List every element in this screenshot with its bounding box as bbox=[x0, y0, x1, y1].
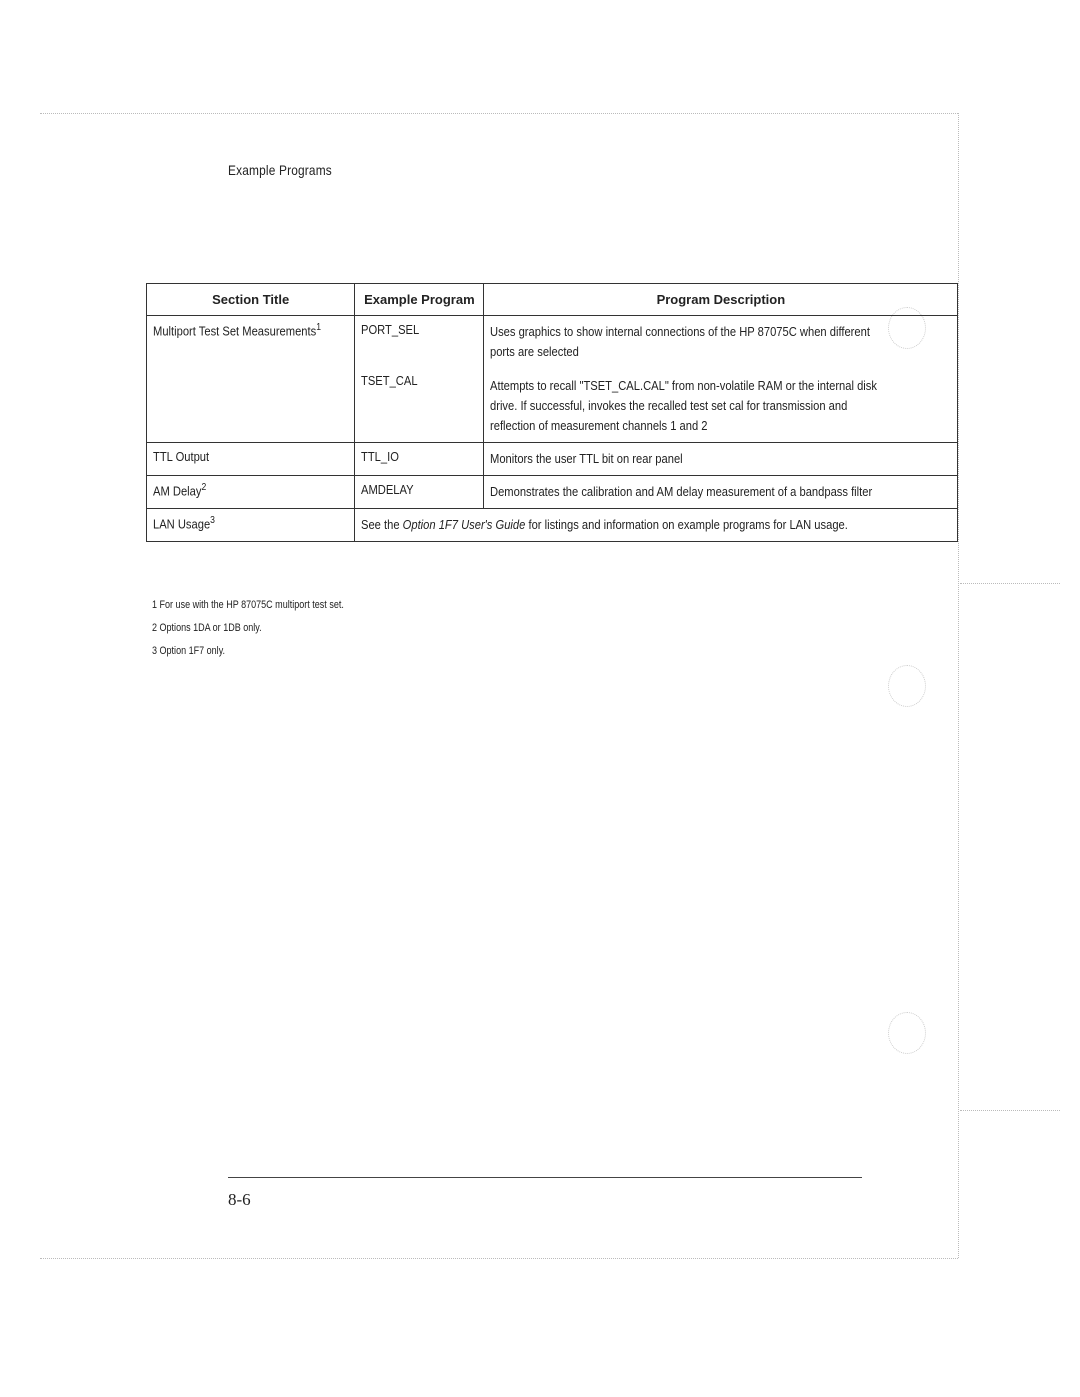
section-title: LAN Usage bbox=[153, 516, 210, 531]
column-header: Section Title bbox=[147, 284, 355, 316]
guide-reference: Option 1F7 User's Guide bbox=[403, 517, 526, 532]
footnote: 1 For use with the HP 87075C multiport t… bbox=[152, 594, 344, 617]
program-description: Demonstrates the calibration and AM dela… bbox=[490, 482, 877, 502]
program-name: TSET_CAL bbox=[361, 373, 418, 388]
page-edge-bottom bbox=[40, 1258, 958, 1259]
running-header: Example Programs bbox=[228, 162, 332, 178]
page-edge-top bbox=[40, 113, 958, 114]
program-description: Monitors the user TTL bit on rear panel bbox=[490, 449, 877, 469]
binder-hole bbox=[888, 665, 926, 707]
table-row: LAN Usage3 See the Option 1F7 User's Gui… bbox=[147, 509, 958, 542]
footnote: 3 Option 1F7 only. bbox=[152, 640, 344, 663]
section-title: Multiport Test Set Measurements bbox=[153, 323, 316, 338]
table-row: TTL Output TTL_IO Monitors the user TTL … bbox=[147, 443, 958, 476]
tab-divider bbox=[960, 583, 1060, 584]
program-description: Attempts to recall "TSET_CAL.CAL" from n… bbox=[490, 376, 877, 436]
section-title: TTL Output bbox=[153, 449, 209, 464]
section-title: AM Delay bbox=[153, 483, 201, 498]
program-name: PORT_SEL bbox=[361, 322, 419, 337]
table-row: Multiport Test Set Measurements1 PORT_SE… bbox=[147, 316, 958, 443]
binder-hole bbox=[888, 1012, 926, 1054]
program-description: Uses graphics to show internal connectio… bbox=[490, 322, 877, 362]
program-description: See the Option 1F7 User's Guide for list… bbox=[361, 515, 868, 535]
footnote: 2 Options 1DA or 1DB only. bbox=[152, 617, 344, 640]
example-programs-table: Section Title Example Program Program De… bbox=[146, 283, 958, 542]
table-row: AM Delay2 AMDELAY Demonstrates the calib… bbox=[147, 476, 958, 509]
program-name: TTL_IO bbox=[361, 449, 399, 464]
table-header-row: Section Title Example Program Program De… bbox=[147, 284, 958, 316]
program-name: AMDELAY bbox=[361, 482, 414, 497]
column-header: Program Description bbox=[484, 284, 958, 316]
column-header: Example Program bbox=[355, 284, 484, 316]
footnotes: 1 For use with the HP 87075C multiport t… bbox=[152, 594, 344, 663]
tab-divider bbox=[960, 1110, 1060, 1111]
page-number: 8-6 bbox=[228, 1190, 251, 1210]
footer-rule bbox=[228, 1177, 862, 1178]
